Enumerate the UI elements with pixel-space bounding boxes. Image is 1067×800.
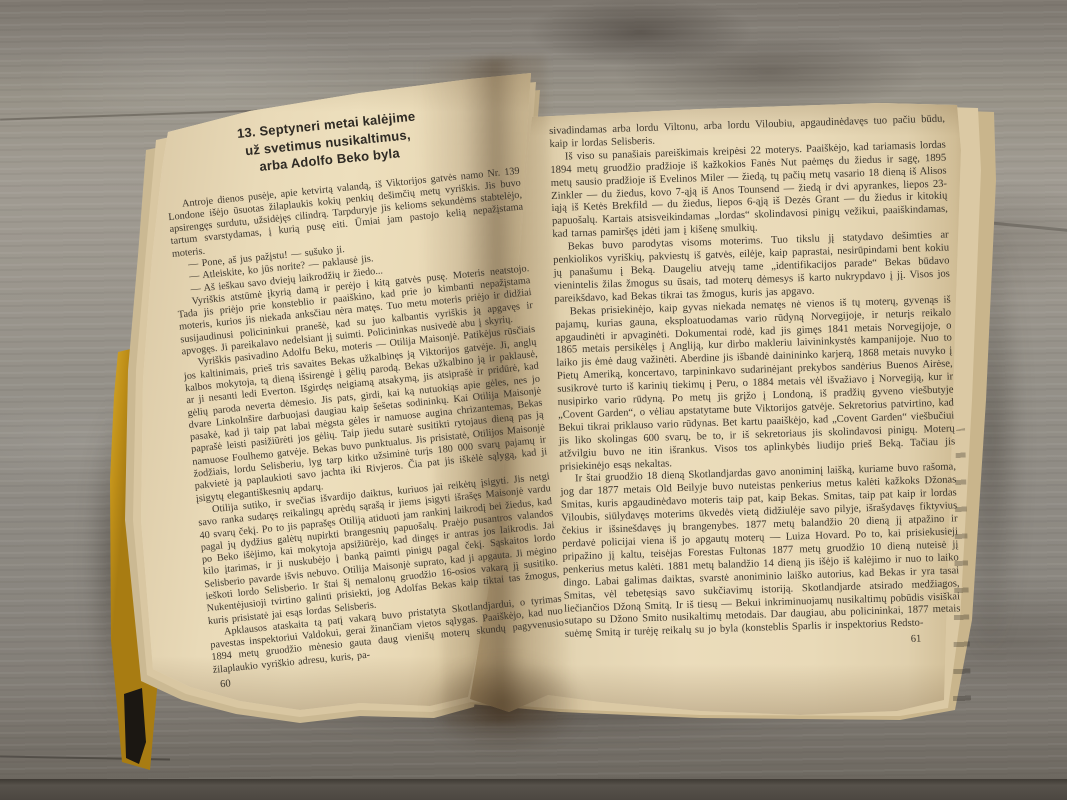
- paragraph: Iš viso su panašiais pareiškimais kreipė…: [550, 139, 949, 242]
- right-page-content: sivadindamas arba lordu Viltonu, arba lo…: [549, 114, 961, 656]
- paragraph: Ir štai gruodžio 18 dieną Skotlandjardas…: [560, 462, 961, 642]
- paragraph: Bekas prisiekinėjo, kaip gyvas niekada n…: [555, 294, 956, 474]
- left-page-text: Antroje dienos pusėje, apie ketvirtą val…: [167, 165, 566, 677]
- right-page-text: sivadindamas arba lordu Viltonu, arba lo…: [549, 114, 961, 642]
- left-page-content: 13. Septyneri metai kalėjime už svetimus…: [160, 94, 567, 691]
- wood-plank-edge: [0, 779, 1067, 800]
- photo-scene: 13. Septyneri metai kalėjime už svetimus…: [0, 0, 1067, 800]
